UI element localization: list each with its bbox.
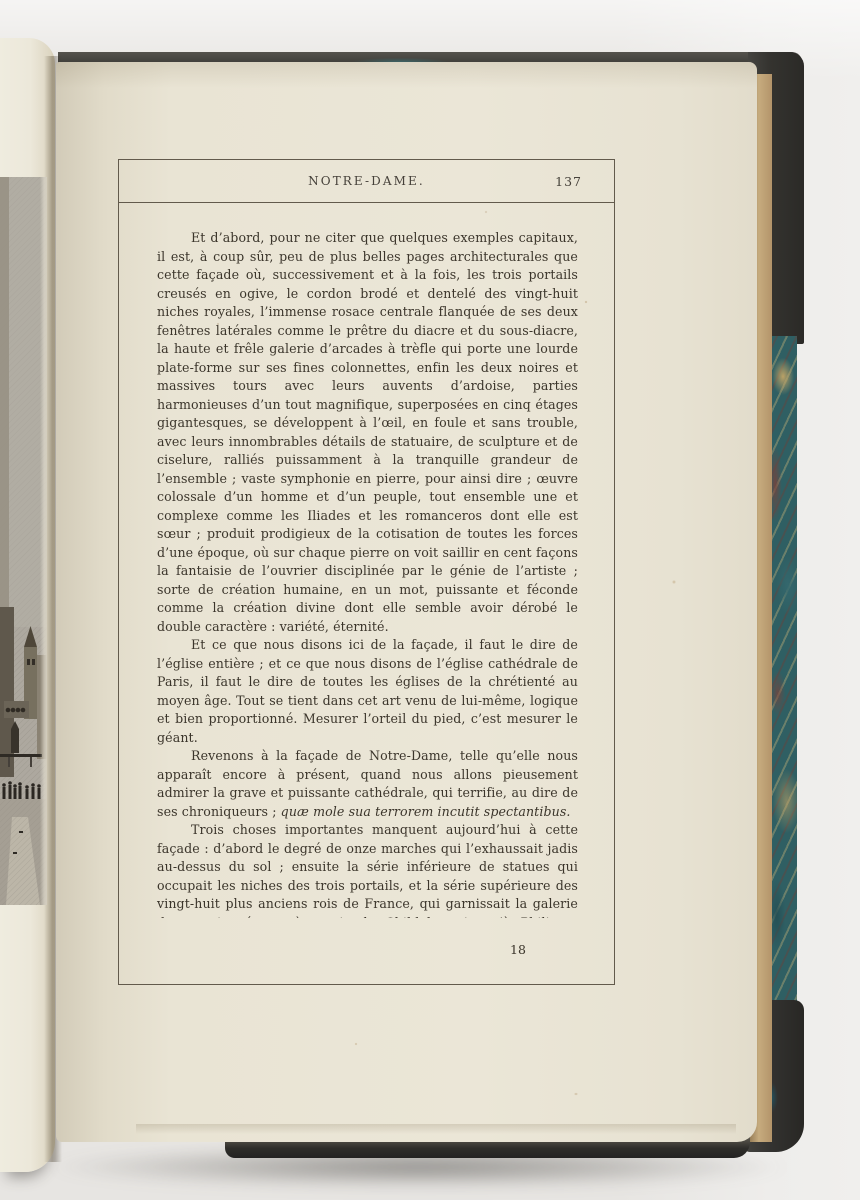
engraving-illustration <box>0 177 47 905</box>
page-curl-highlight <box>136 1124 736 1134</box>
text-frame: NOTRE-DAME. 137 Et d’abord, pour ne cite… <box>118 159 615 985</box>
page-number: 137 <box>555 174 582 189</box>
paragraph-3: Revenons à la façade de Notre-Dame, tell… <box>157 747 578 821</box>
text-block: Et d’abord, pour ne citer que quelques e… <box>119 204 614 918</box>
signature-mark: 18 <box>498 942 538 957</box>
paragraph-2: Et ce que nous disons ici de la façade, … <box>157 636 578 747</box>
paragraph-4: Trois choses importantes manquent aujour… <box>157 821 578 918</box>
latin-quotation: quæ mole sua terrorem incutit spectantib… <box>281 804 571 819</box>
right-page: NOTRE-DAME. 137 Et d’abord, pour ne cite… <box>56 62 757 1142</box>
paragraph-1: Et d’abord, pour ne citer que quelques e… <box>157 229 578 636</box>
running-header: NOTRE-DAME. <box>119 174 614 188</box>
header-band: NOTRE-DAME. 137 <box>119 160 614 203</box>
photo-scene: NOTRE-DAME. 137 Et d’abord, pour ne cite… <box>0 0 860 1200</box>
